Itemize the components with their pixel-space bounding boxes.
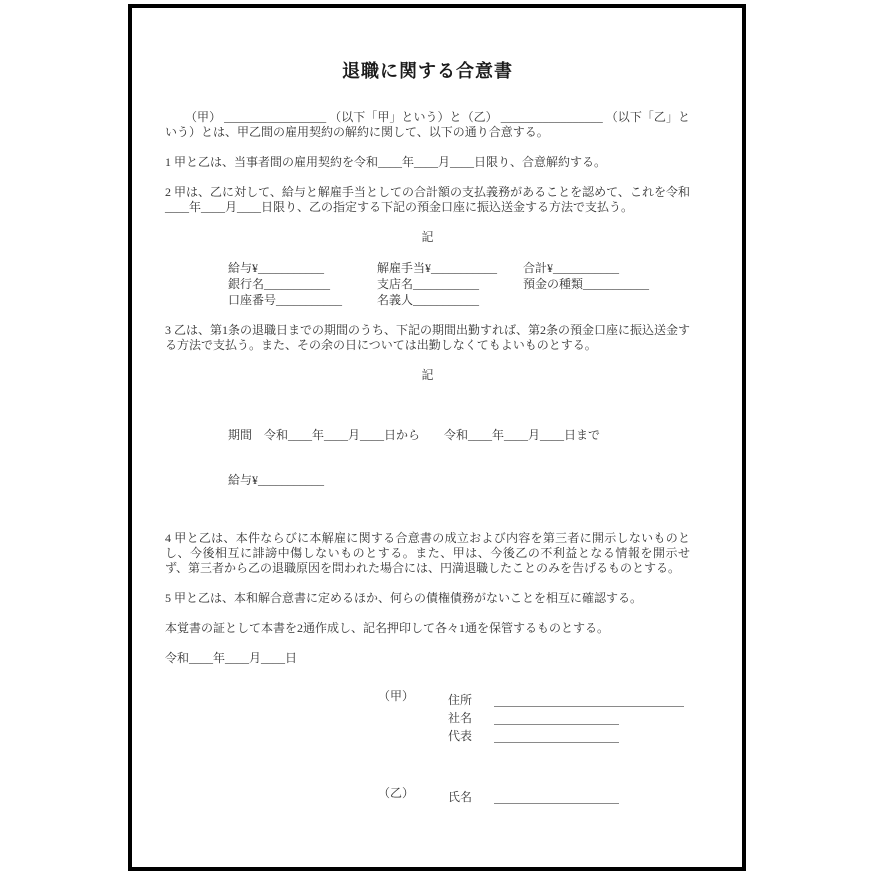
document-canvas: 退職に関する合意書 （甲） _________________ （以下「甲」とい… [0, 0, 876, 876]
party-b-label: （乙） [378, 786, 448, 804]
period-line: 期間 令和____年____月____日から 令和____年____月____日… [228, 428, 690, 443]
document-page: 退職に関する合意書 （甲） _________________ （以下「甲」とい… [128, 4, 746, 871]
period-salary-line: 給与¥___________ [228, 473, 690, 488]
party-b-fields: 氏名 [448, 786, 619, 804]
address-blank-line [494, 693, 684, 707]
party-b-name-row: 氏名 [448, 786, 619, 804]
branch-name-blank: 支店名___________ [377, 276, 523, 292]
total-blank: 合計¥___________ [523, 260, 690, 276]
clause-3: 3 乙は、第1条の退職日までの期間のうち、下記の期間出勤すれば、第2条の預金口座… [165, 323, 690, 353]
representative-blank-line [494, 729, 619, 743]
payment-table-row-3: 口座番号___________ 名義人___________ [228, 292, 690, 308]
empty-cell [523, 292, 690, 308]
clause-5: 5 甲と乙は、本和解合意書に定めるほか、何らの債権債務がないことを相互に確認する… [165, 591, 690, 606]
ki-marker-1: 記 [165, 230, 690, 245]
signature-block-party-b: （乙） 氏名 [378, 786, 690, 804]
document-title: 退職に関する合意書 [165, 58, 690, 84]
company-name-label: 社名 [448, 711, 482, 725]
clause-1: 1 甲と乙は、当事者間の雇用契約を令和____年____月____日限り、合意解… [165, 155, 690, 170]
name-blank-line [494, 790, 619, 804]
payment-table: 給与¥___________ 解雇手当¥___________ 合計¥_____… [228, 260, 690, 308]
ki-marker-2: 記 [165, 368, 690, 383]
address-label: 住所 [448, 693, 482, 707]
party-a-fields: 住所 社名 代表 [448, 689, 684, 743]
account-holder-blank: 名義人___________ [377, 292, 523, 308]
date-line: 令和____年____月____日 [165, 651, 690, 666]
party-a-company-row: 社名 [448, 707, 684, 725]
severance-pay-blank: 解雇手当¥___________ [377, 260, 523, 276]
party-a-label: （甲） [378, 689, 448, 743]
bank-name-blank: 銀行名___________ [228, 276, 377, 292]
account-number-blank: 口座番号___________ [228, 292, 377, 308]
payment-table-row-2: 銀行名___________ 支店名___________ 預金の種類_____… [228, 276, 690, 292]
signature-block-party-a: （甲） 住所 社名 代表 [378, 689, 690, 743]
name-label: 氏名 [448, 790, 482, 804]
salary-blank: 給与¥___________ [228, 260, 377, 276]
party-a-address-row: 住所 [448, 689, 684, 707]
deposit-type-blank: 預金の種類___________ [523, 276, 690, 292]
party-a-representative-row: 代表 [448, 725, 684, 743]
clause-4: 4 甲と乙は、本件ならびに本解雇に関する合意書の成立および内容を第三者に開示しな… [165, 531, 690, 576]
clause-2: 2 甲は、乙に対して、給与と解雇手当としての合計額の支払義務があることを認めて、… [165, 185, 690, 215]
intro-paragraph: （甲） _________________ （以下「甲」という）と（乙） ___… [165, 110, 690, 140]
company-name-blank-line [494, 711, 619, 725]
attendance-period-block: 期間 令和____年____月____日から 令和____年____月____日… [228, 398, 690, 518]
representative-label: 代表 [448, 729, 482, 743]
closing-statement: 本覚書の証として本書を2通作成し、記名押印して各々1通を保管するものとする。 [165, 621, 690, 636]
payment-table-row-1: 給与¥___________ 解雇手当¥___________ 合計¥_____… [228, 260, 690, 276]
